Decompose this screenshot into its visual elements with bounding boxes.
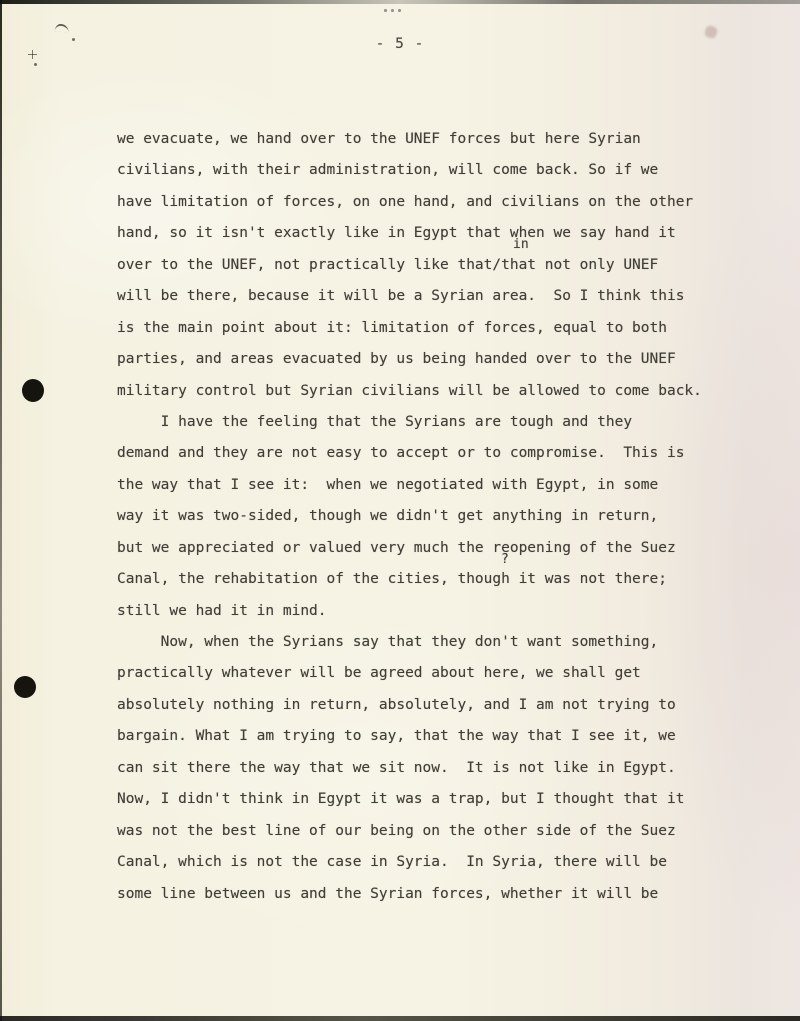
- text-line: over to the UNEF, not practically like t…: [117, 250, 737, 281]
- text-line: absolutely nothing in return, absolutely…: [117, 690, 737, 721]
- scan-edge-top: [0, 0, 800, 4]
- pencil-dots-mark: [384, 8, 404, 12]
- text-line: some line between us and the Syrian forc…: [117, 879, 737, 910]
- text-line: will be there, because it will be a Syri…: [117, 281, 737, 312]
- pencil-squiggle-mark: [55, 23, 70, 32]
- text-line: civilians, with their administration, wi…: [117, 155, 737, 186]
- text-line: hand, so it isn't exactly like in Egypt …: [117, 218, 737, 249]
- text-line: practically whatever will be agreed abou…: [117, 658, 737, 689]
- text-line: way it was two-sided, though we didn't g…: [117, 501, 737, 532]
- pencil-dot-mark: [34, 63, 37, 66]
- text-line: parties, and areas evacuated by us being…: [117, 344, 737, 375]
- typed-insertion-in: in: [513, 237, 529, 252]
- text-line: is the main point about it: limitation o…: [117, 313, 737, 344]
- text-line: Canal, which is not the case in Syria. I…: [117, 847, 737, 878]
- hole-punch-mark: [22, 379, 44, 402]
- text-line: have limitation of forces, on one hand, …: [117, 187, 737, 218]
- text-line: can sit there the way that we sit now. I…: [117, 753, 737, 784]
- text-line: Now, when the Syrians say that they don'…: [117, 627, 737, 658]
- text-line: was not the best line of our being on th…: [117, 816, 737, 847]
- scan-edge-left: [0, 0, 2, 1021]
- typed-insertion-question-mark: ?: [501, 552, 509, 567]
- text-line: but we appreciated or valued very much t…: [117, 533, 737, 564]
- text-line: demand and they are not easy to accept o…: [117, 438, 737, 469]
- text-line: Canal, the rehabitation of the cities, t…: [117, 564, 737, 595]
- text-line: Now, I didn't think in Egypt it was a tr…: [117, 784, 737, 815]
- text-line: still we had it in mind.: [117, 596, 737, 627]
- document-body: we evacuate, we hand over to the UNEF fo…: [117, 124, 737, 910]
- text-line: military control but Syrian civilians wi…: [117, 376, 737, 407]
- text-line: we evacuate, we hand over to the UNEF fo…: [117, 124, 737, 155]
- text-line: the way that I see it: when we negotiate…: [117, 470, 737, 501]
- page-number: - 5 -: [0, 36, 800, 52]
- text-line: I have the feeling that the Syrians are …: [117, 407, 737, 438]
- scanned-document-page: - 5 - we evacuate, we hand over to the U…: [0, 0, 800, 1021]
- hole-punch-mark: [14, 676, 36, 698]
- scan-edge-bottom: [0, 1016, 800, 1021]
- text-line: bargain. What I am trying to say, that t…: [117, 721, 737, 752]
